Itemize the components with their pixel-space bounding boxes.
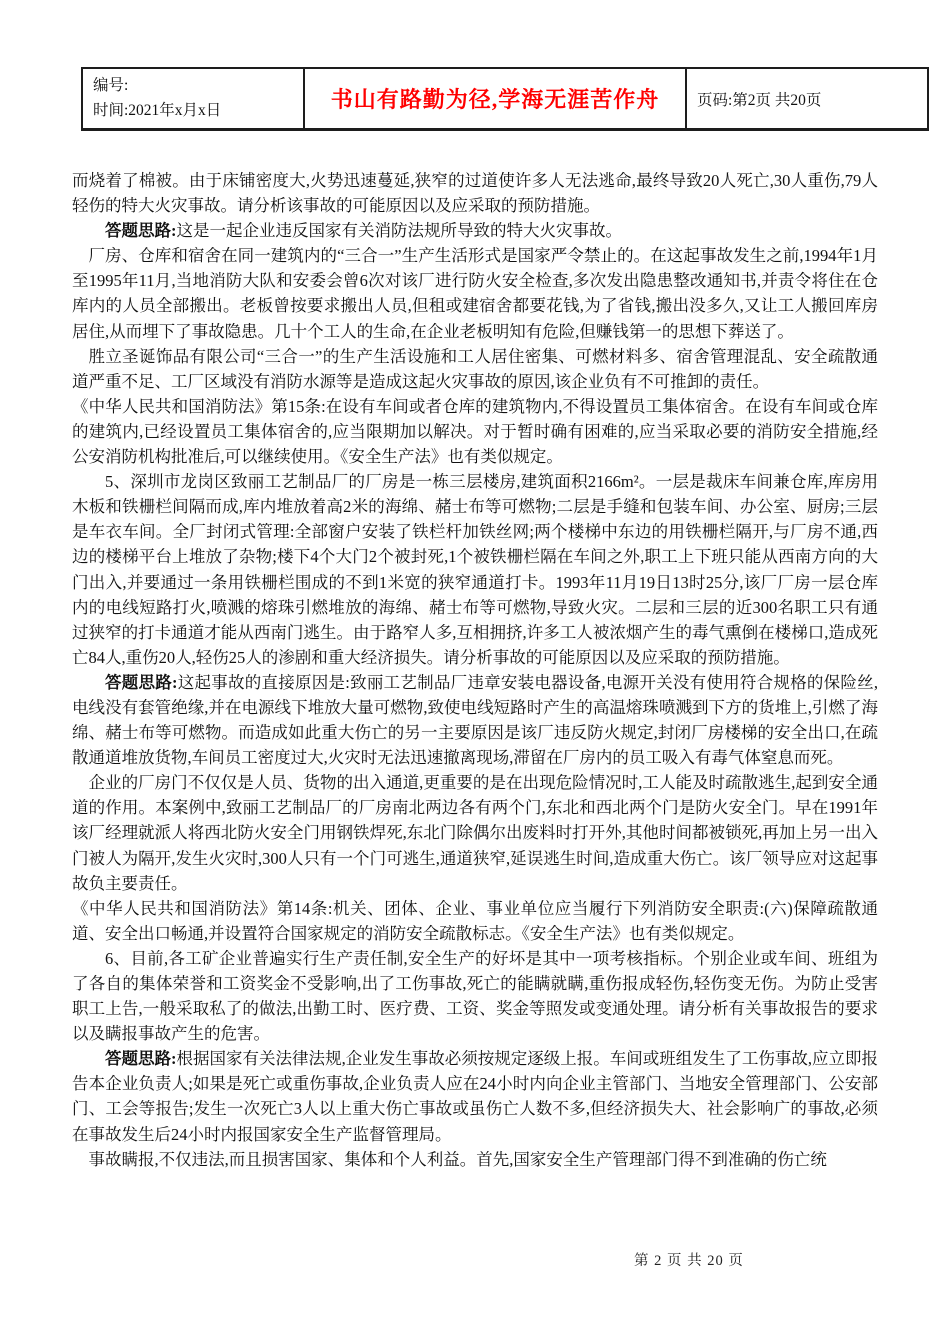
paragraph: 厂房、仓库和宿舍在同一建筑内的“三合一”生产生活形式是国家严令禁止的。在这起事故… [72,243,878,343]
paragraph-lead: 答题思路: [105,1049,177,1068]
paragraph-text: 这是一起企业违反国家有关消防法规所导致的特大火灾事故。 [177,221,623,240]
header-page-label: 页码:第2页 共20页 [686,68,928,130]
paragraph-text: 厂房、仓库和宿舍在同一建筑内的“三合一”生产生活形式是国家严令禁止的。在这起事故… [72,246,878,340]
paragraph-text: 《中华人民共和国消防法》第15条:在设有车间或者仓库的建筑物内,不得设置员工集体… [72,397,878,466]
paragraph-text: 根据国家有关法律法规,企业发生事故必须按规定逐级上报。车间或班组发生了工伤事故,… [72,1049,878,1143]
paragraph: 答题思路:这是一起企业违反国家有关消防法规所导致的特大火灾事故。 [72,218,878,243]
paragraph-lead: 答题思路: [105,221,177,240]
paragraph: 5、深圳市龙岗区致丽工艺制品厂的厂房是一栋三层楼房,建筑面积2166m²。一层是… [72,469,878,670]
paragraph-text: 企业的厂房门不仅仅是人员、货物的出入通道,更重要的是在出现危险情况时,工人能及时… [72,773,878,892]
paragraph: 事故瞒报,不仅违法,而且损害国家、集体和个人利益。首先,国家安全生产管理部门得不… [72,1147,878,1172]
header-row: 编号: 时间:2021年x月x日 书山有路勤为径,学海无涯苦作舟 页码:第2页 … [82,68,928,130]
document-time-label: 时间:2021年x月x日 [93,99,293,123]
header-table: 编号: 时间:2021年x月x日 书山有路勤为径,学海无涯苦作舟 页码:第2页 … [81,67,929,131]
document-number-label: 编号: [93,74,293,98]
paragraph-lead: 答题思路: [105,673,178,692]
paragraph: 《中华人民共和国消防法》第14条:机关、团体、企业、事业单位应当履行下列消防安全… [72,896,878,946]
header-slogan: 书山有路勤为径,学海无涯苦作舟 [304,68,686,130]
paragraph: 答题思路:根据国家有关法律法规,企业发生事故必须按规定逐级上报。车间或班组发生了… [72,1046,878,1146]
paragraph: 答题思路:这起事故的直接原因是:致丽工艺制品厂违章安装电器设备,电源开关没有使用… [72,670,878,770]
paragraph: 《中华人民共和国消防法》第15条:在设有车间或者仓库的建筑物内,不得设置员工集体… [72,394,878,469]
paragraph: 6、目前,各工矿企业普遍实行生产责任制,安全生产的好坏是其中一项考核指标。个别企… [72,946,878,1046]
paragraph-text: 6、目前,各工矿企业普遍实行生产责任制,安全生产的好坏是其中一项考核指标。个别企… [72,949,878,1043]
paragraph-text: 事故瞒报,不仅违法,而且损害国家、集体和个人利益。首先,国家安全生产管理部门得不… [89,1150,827,1169]
paragraph-text: 胜立圣诞饰品有限公司“三合一”的生产生活设施和工人居住密集、可燃材料多、宿舍管理… [72,347,878,391]
paragraph-text: 《中华人民共和国消防法》第14条:机关、团体、企业、事业单位应当履行下列消防安全… [72,899,878,943]
paragraph-text: 这起事故的直接原因是:致丽工艺制品厂违章安装电器设备,电源开关没有使用符合规格的… [72,673,878,767]
paragraph: 企业的厂房门不仅仅是人员、货物的出入通道,更重要的是在出现危险情况时,工人能及时… [72,770,878,895]
paragraph: 胜立圣诞饰品有限公司“三合一”的生产生活设施和工人居住密集、可燃材料多、宿舍管理… [72,344,878,394]
paragraph-text: 而烧着了棉被。由于床铺密度大,火势迅速蔓延,狭窄的过道使许多人无法逃命,最终导致… [72,171,878,215]
header-meta-cell: 编号: 时间:2021年x月x日 [82,68,304,130]
paragraph-text: 5、深圳市龙岗区致丽工艺制品厂的厂房是一栋三层楼房,建筑面积2166m²。一层是… [72,472,878,667]
document-body: 而烧着了棉被。由于床铺密度大,火势迅速蔓延,狭窄的过道使许多人无法逃命,最终导致… [72,168,878,1172]
paragraph: 而烧着了棉被。由于床铺密度大,火势迅速蔓延,狭窄的过道使许多人无法逃命,最终导致… [72,168,878,218]
document-page: 编号: 时间:2021年x月x日 书山有路勤为径,学海无涯苦作舟 页码:第2页 … [0,0,950,1344]
page-number-footer: 第 2 页 共 20 页 [634,1249,744,1270]
